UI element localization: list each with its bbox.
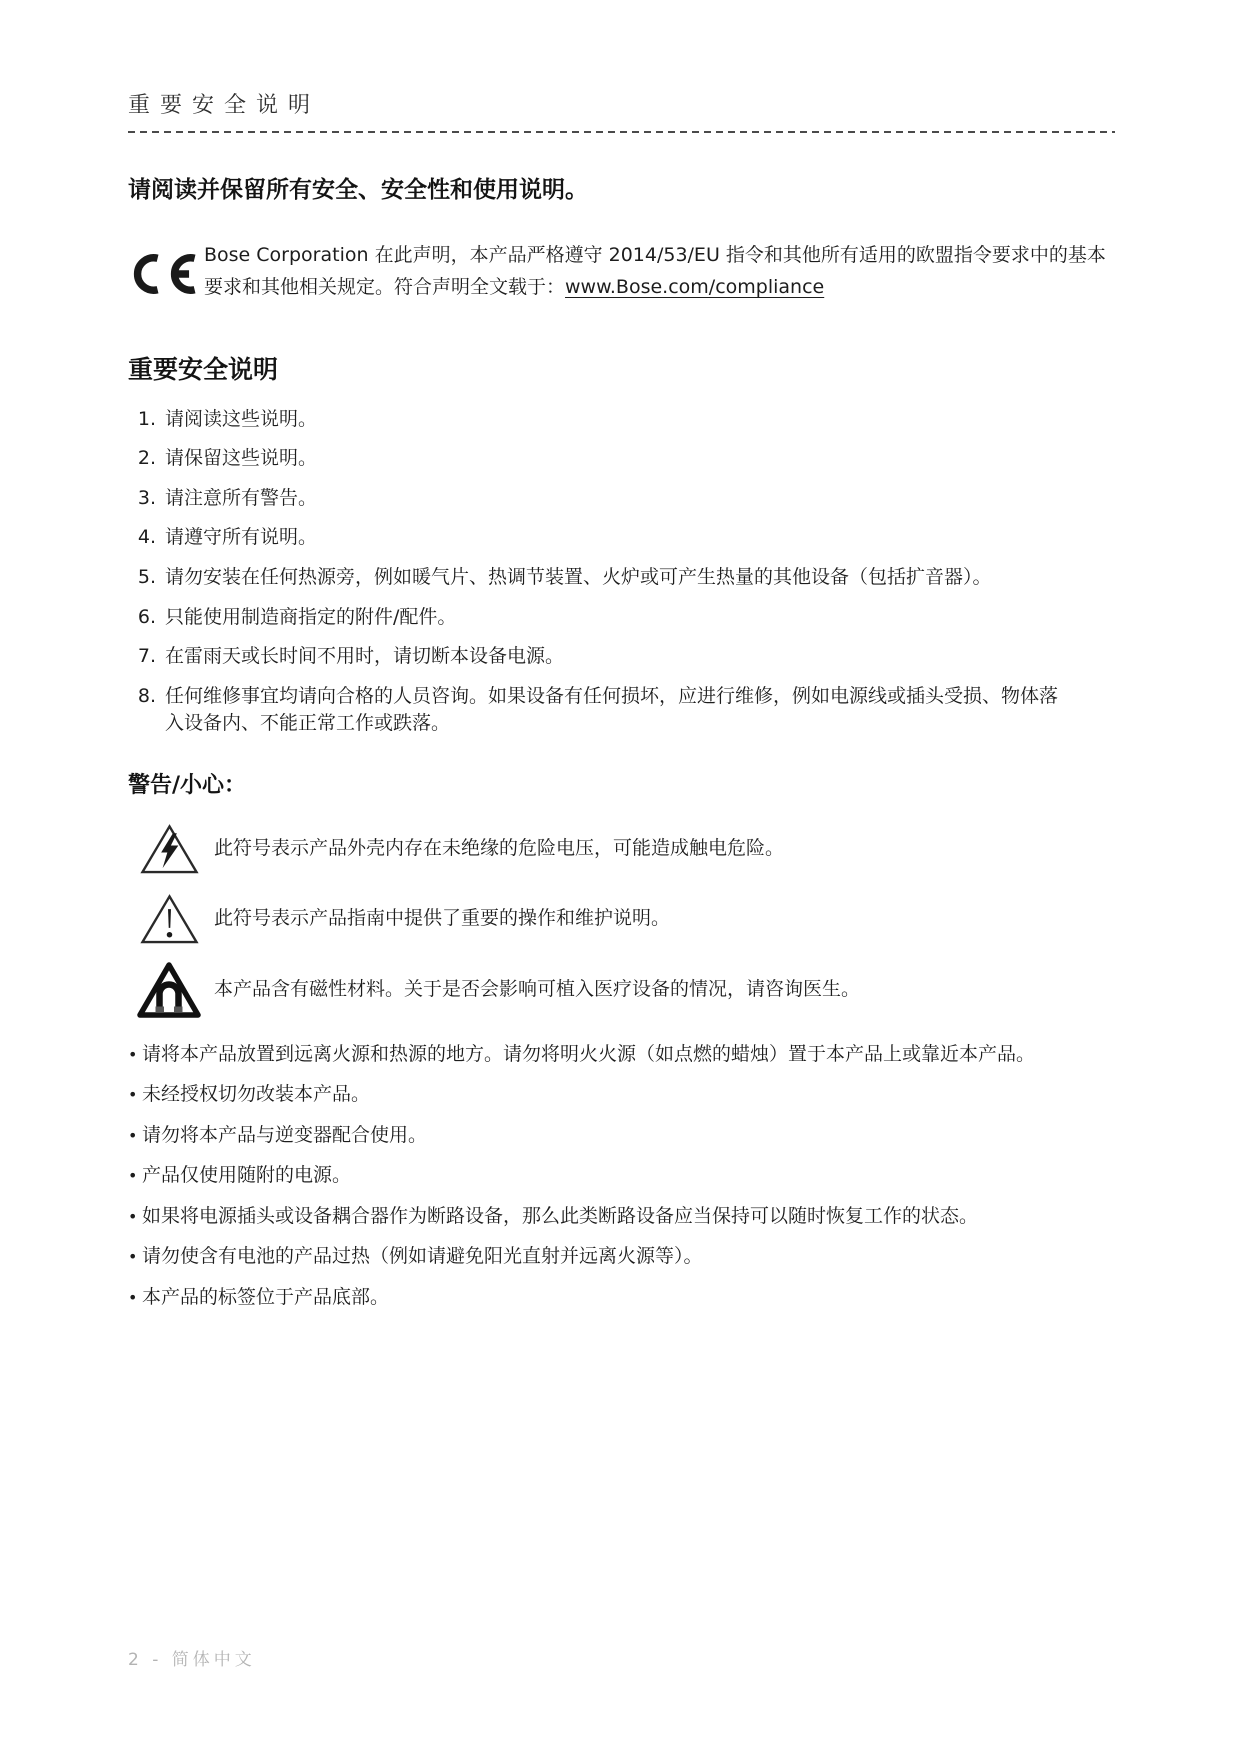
note-item: • 请勿使含有电池的产品过热（例如请避免阳光直射并远离火源等）。 [128,1243,1115,1271]
list-item-number: 5. [128,564,156,592]
list-item-text: 请阅读这些说明。 [165,406,1070,434]
document-page: 重要安全说明 请阅读并保留所有安全、安全性和使用说明。 Bose Corpora… [0,0,1241,1754]
compliance-link[interactable]: www.Bose.com/compliance [565,276,824,298]
bullet-marker: • [128,1041,142,1069]
lightning-triangle-icon [136,822,202,876]
note-text: 请勿将本产品与逆变器配合使用。 [142,1122,1102,1150]
ce-declaration-block: Bose Corporation 在此声明，本产品严格遵守 2014/53/EU… [128,240,1115,304]
section-heading-important-safety: 重要安全说明 [128,350,1115,386]
list-item: 1. 请阅读这些说明。 [128,406,1115,434]
ce-mark-icon [128,240,204,300]
safety-instructions-list: 1. 请阅读这些说明。 2. 请保留这些说明。 3. 请注意所有警告。 4. 请… [128,406,1115,738]
list-item-text: 请保留这些说明。 [165,445,1070,473]
list-item: 4. 请遵守所有说明。 [128,524,1115,552]
bullet-marker: • [128,1243,142,1271]
note-text: 请勿使含有电池的产品过热（例如请避免阳光直射并远离火源等）。 [142,1243,1102,1271]
warning-text: 此符号表示产品指南中提供了重要的操作和维护说明。 [214,905,670,933]
note-text: 产品仅使用随附的电源。 [142,1162,1102,1190]
list-item-text: 请遵守所有说明。 [165,524,1070,552]
page-number-footer: 2 - 简体中文 [128,1645,256,1670]
warning-row: 此符号表示产品外壳内存在未绝缘的危险电压，可能造成触电危险。 [136,819,1115,879]
list-item-text: 请勿安装在任何热源旁，例如暖气片、热调节装置、火炉或可产生热量的其他设备（包括扩… [165,564,1070,592]
running-header-title: 重要安全说明 [128,88,1115,119]
list-item-number: 8. [128,683,156,738]
list-item-number: 2. [128,445,156,473]
list-item-number: 4. [128,524,156,552]
list-item-text: 请注意所有警告。 [165,485,1070,513]
list-item: 5. 请勿安装在任何热源旁，例如暖气片、热调节装置、火炉或可产生热量的其他设备（… [128,564,1115,592]
magnet-triangle-icon [136,959,202,1021]
bullet-marker: • [128,1162,142,1190]
exclamation-triangle-icon [136,892,202,946]
ce-declaration-text: Bose Corporation 在此声明，本产品严格遵守 2014/53/EU… [204,240,1109,304]
warning-text: 此符号表示产品外壳内存在未绝缘的危险电压，可能造成触电危险。 [214,835,784,863]
list-item: 3. 请注意所有警告。 [128,485,1115,513]
list-item: 7. 在雷雨天或长时间不用时，请切断本设备电源。 [128,643,1115,671]
bullet-marker: • [128,1081,142,1109]
note-item: • 请将本产品放置到远离火源和热源的地方。请勿将明火火源（如点燃的蜡烛）置于本产… [128,1041,1115,1069]
bullet-marker: • [128,1203,142,1231]
page-content: 重要安全说明 请阅读并保留所有安全、安全性和使用说明。 Bose Corpora… [0,0,1241,1312]
bullet-marker: • [128,1122,142,1150]
list-item: 2. 请保留这些说明。 [128,445,1115,473]
intro-heading: 请阅读并保留所有安全、安全性和使用说明。 [128,171,1115,204]
list-item-text: 任何维修事宜均请向合格的人员咨询。如果设备有任何损坏，应进行维修，例如电源线或插… [165,683,1070,738]
list-item-number: 6. [128,604,156,632]
list-item-text: 在雷雨天或长时间不用时，请切断本设备电源。 [165,643,1070,671]
bullet-marker: • [128,1284,142,1312]
note-text: 如果将电源插头或设备耦合器作为断路设备，那么此类断路设备应当保持可以随时恢复工作… [142,1203,1102,1231]
list-item-text: 只能使用制造商指定的附件/配件。 [165,604,1070,632]
warning-row: 本产品含有磁性材料。关于是否会影响可植入医疗设备的情况，请咨询医生。 [136,959,1115,1021]
note-item: • 未经授权切勿改装本产品。 [128,1081,1115,1109]
list-item: 8. 任何维修事宜均请向合格的人员咨询。如果设备有任何损坏，应进行维修，例如电源… [128,683,1115,738]
warning-row: 此符号表示产品指南中提供了重要的操作和维护说明。 [136,889,1115,949]
list-item: 6. 只能使用制造商指定的附件/配件。 [128,604,1115,632]
note-text: 未经授权切勿改装本产品。 [142,1081,1102,1109]
warning-caution-heading: 警告/小心： [128,768,1115,799]
header-dashed-divider [128,131,1115,133]
note-text: 请将本产品放置到远离火源和热源的地方。请勿将明火火源（如点燃的蜡烛）置于本产品上… [142,1041,1102,1069]
safety-notes-list: • 请将本产品放置到远离火源和热源的地方。请勿将明火火源（如点燃的蜡烛）置于本产… [128,1041,1115,1312]
list-item-number: 7. [128,643,156,671]
note-item: • 本产品的标签位于产品底部。 [128,1284,1115,1312]
note-item: • 请勿将本产品与逆变器配合使用。 [128,1122,1115,1150]
note-item: • 产品仅使用随附的电源。 [128,1162,1115,1190]
list-item-number: 3. [128,485,156,513]
note-text: 本产品的标签位于产品底部。 [142,1284,1102,1312]
list-item-number: 1. [128,406,156,434]
note-item: • 如果将电源插头或设备耦合器作为断路设备，那么此类断路设备应当保持可以随时恢复… [128,1203,1115,1231]
warning-text: 本产品含有磁性材料。关于是否会影响可植入医疗设备的情况，请咨询医生。 [214,976,860,1004]
